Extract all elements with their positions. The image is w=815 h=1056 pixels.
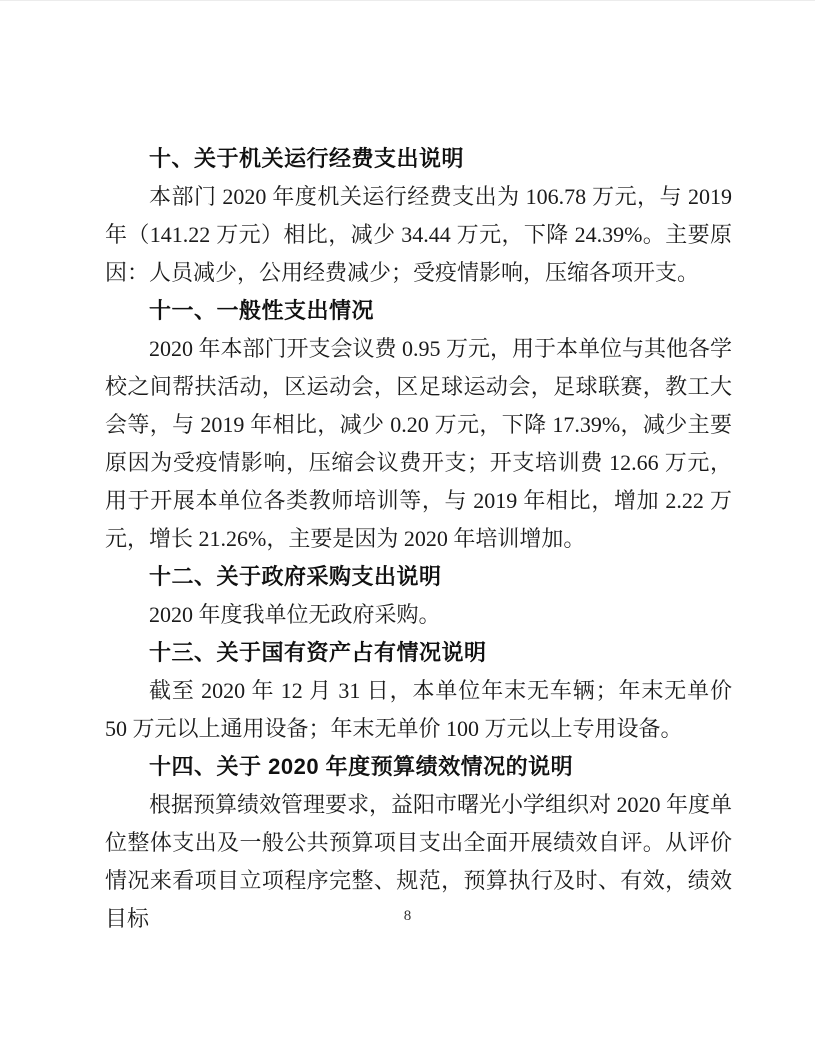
section-heading-11: 十一、一般性支出情况 bbox=[105, 292, 732, 330]
section-heading-14: 十四、关于 2020 年度预算绩效情况的说明 bbox=[105, 748, 732, 786]
section-heading-13: 十三、关于国有资产占有情况说明 bbox=[105, 634, 732, 672]
section-heading-10: 十、关于机关运行经费支出说明 bbox=[105, 140, 732, 178]
page-number: 8 bbox=[0, 906, 815, 926]
paragraph: 2020 年度我单位无政府采购。 bbox=[105, 596, 732, 634]
document-page: 十、关于机关运行经费支出说明 本部门 2020 年度机关运行经费支出为 106.… bbox=[0, 0, 815, 1056]
paragraph: 截至 2020 年 12 月 31 日，本单位年末无车辆；年末无单价 50 万元… bbox=[105, 672, 732, 748]
paragraph: 2020 年本部门开支会议费 0.95 万元，用于本单位与其他各学校之间帮扶活动… bbox=[105, 330, 732, 558]
document-body: 十、关于机关运行经费支出说明 本部门 2020 年度机关运行经费支出为 106.… bbox=[105, 140, 732, 938]
paragraph: 本部门 2020 年度机关运行经费支出为 106.78 万元，与 2019 年（… bbox=[105, 178, 732, 292]
section-heading-12: 十二、关于政府采购支出说明 bbox=[105, 558, 732, 596]
